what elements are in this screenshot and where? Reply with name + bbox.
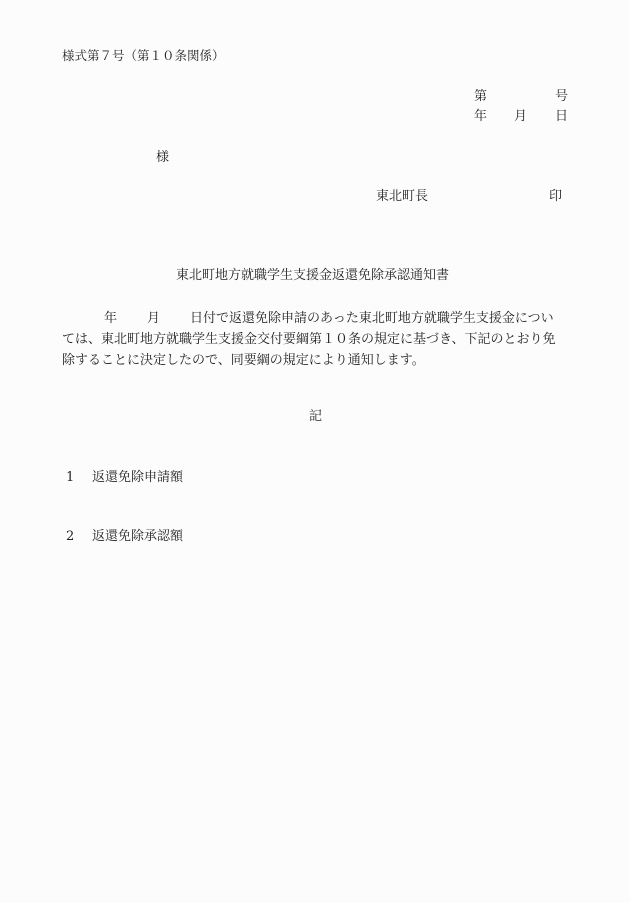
issuer-name: 東北町長 [376, 189, 428, 205]
list-item: 2返還免除承認額 [66, 529, 183, 545]
body-line-2: ては、東北町地方就職学生支援金交付要綱第１０条の規定に基づき、下記のとおり免 [62, 329, 582, 350]
date-year-label: 年 [474, 109, 487, 125]
body-year-label: 年 [104, 311, 117, 326]
body-line-1-text: 日付で返還免除申請のあった東北町地方就職学生支援金につい [190, 311, 554, 326]
date-month-label: 月 [514, 109, 527, 125]
ki-heading: 記 [309, 409, 322, 425]
item-number: 2 [66, 529, 92, 545]
document-title: 東北町地方就職学生支援金返還免除承認通知書 [176, 268, 449, 284]
body-month-label: 月 [147, 311, 160, 326]
body-paragraph: 年月日付で返還免除申請のあった東北町地方就職学生支援金につい ては、東北町地方就… [62, 308, 582, 371]
form-number: 様式第７号（第１０条関係） [62, 48, 225, 64]
item-number: 1 [66, 470, 92, 486]
seal-mark: 印 [549, 189, 562, 205]
list-item: 1返還免除申請額 [66, 470, 183, 486]
body-line-1: 年月日付で返還免除申請のあった東北町地方就職学生支援金につい [62, 308, 582, 329]
date-day-label: 日 [555, 109, 568, 125]
item-label: 返還免除承認額 [92, 529, 183, 544]
document-number-label: 第 [474, 89, 487, 105]
document-number-suffix: 号 [555, 89, 568, 105]
item-label: 返還免除申請額 [92, 470, 183, 485]
body-line-3: 除することに決定したので、同要綱の規定により通知します。 [62, 350, 582, 371]
addressee-suffix: 様 [156, 150, 169, 166]
